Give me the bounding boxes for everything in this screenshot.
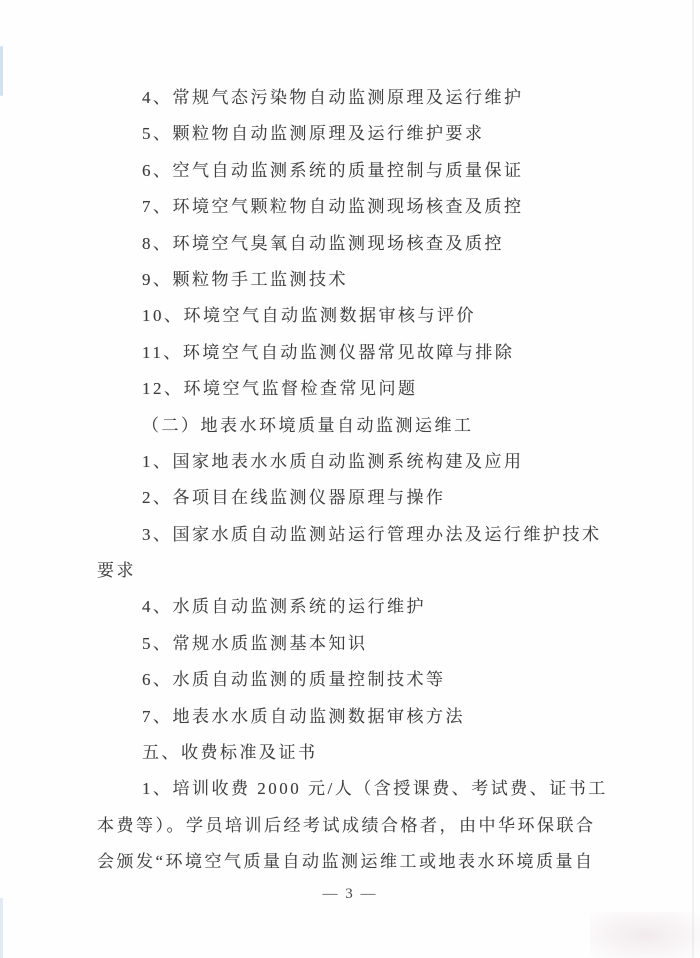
text-line: 3、国家水质自动监测站运行管理办法及运行维护技术	[97, 517, 612, 553]
text-line: 7、地表水水质自动监测数据审核方法	[97, 699, 612, 735]
text-line: 12、环境空气监督检查常见问题	[97, 371, 612, 407]
text-line: 11、环境空气自动监测仪器常见故障与排除	[97, 335, 612, 371]
text-line: 要求	[97, 553, 612, 589]
text-line: 6、空气自动监测系统的质量控制与质量保证	[97, 153, 612, 189]
document-page: 4、常规气态污染物自动监测原理及运行维护5、颗粒物自动监测原理及运行维护要求6、…	[0, 0, 700, 958]
text-line: 8、环境空气臭氧自动监测现场核查及质控	[97, 226, 612, 262]
scan-artifact-bottom-right	[590, 912, 700, 958]
text-line: 10、环境空气自动监测数据审核与评价	[97, 298, 612, 334]
scan-artifact-right-edge	[692, 0, 694, 958]
text-line: 4、水质自动监测系统的运行维护	[97, 589, 612, 625]
text-line: 7、环境空气颗粒物自动监测现场核查及质控	[97, 189, 612, 225]
scan-artifact-left-bottom	[0, 898, 3, 958]
text-line: 1、培训收费 2000 元/人（含授课费、考试费、证书工	[97, 771, 612, 807]
text-line: 会颁发“环境空气质量自动监测运维工或地表水环境质量自	[97, 844, 612, 880]
text-line: 6、水质自动监测的质量控制技术等	[97, 662, 612, 698]
document-lines: 4、常规气态污染物自动监测原理及运行维护5、颗粒物自动监测原理及运行维护要求6、…	[97, 80, 612, 881]
text-line: 5、颗粒物自动监测原理及运行维护要求	[97, 116, 612, 152]
text-line: 1、国家地表水水质自动监测系统构建及应用	[97, 444, 612, 480]
text-line: 2、各项目在线监测仪器原理与操作	[97, 480, 612, 516]
text-line: （二）地表水环境质量自动监测运维工	[97, 408, 612, 444]
text-line: 4、常规气态污染物自动监测原理及运行维护	[97, 80, 612, 116]
text-line: 9、颗粒物手工监测技术	[97, 262, 612, 298]
text-line: 五、收费标准及证书	[97, 735, 612, 771]
page-number: — 3 —	[0, 886, 700, 903]
text-line: 5、常规水质监测基本知识	[97, 626, 612, 662]
text-line: 本费等）。学员培训后经考试成绩合格者，由中华环保联合	[97, 808, 612, 844]
scan-artifact-left	[0, 46, 3, 96]
